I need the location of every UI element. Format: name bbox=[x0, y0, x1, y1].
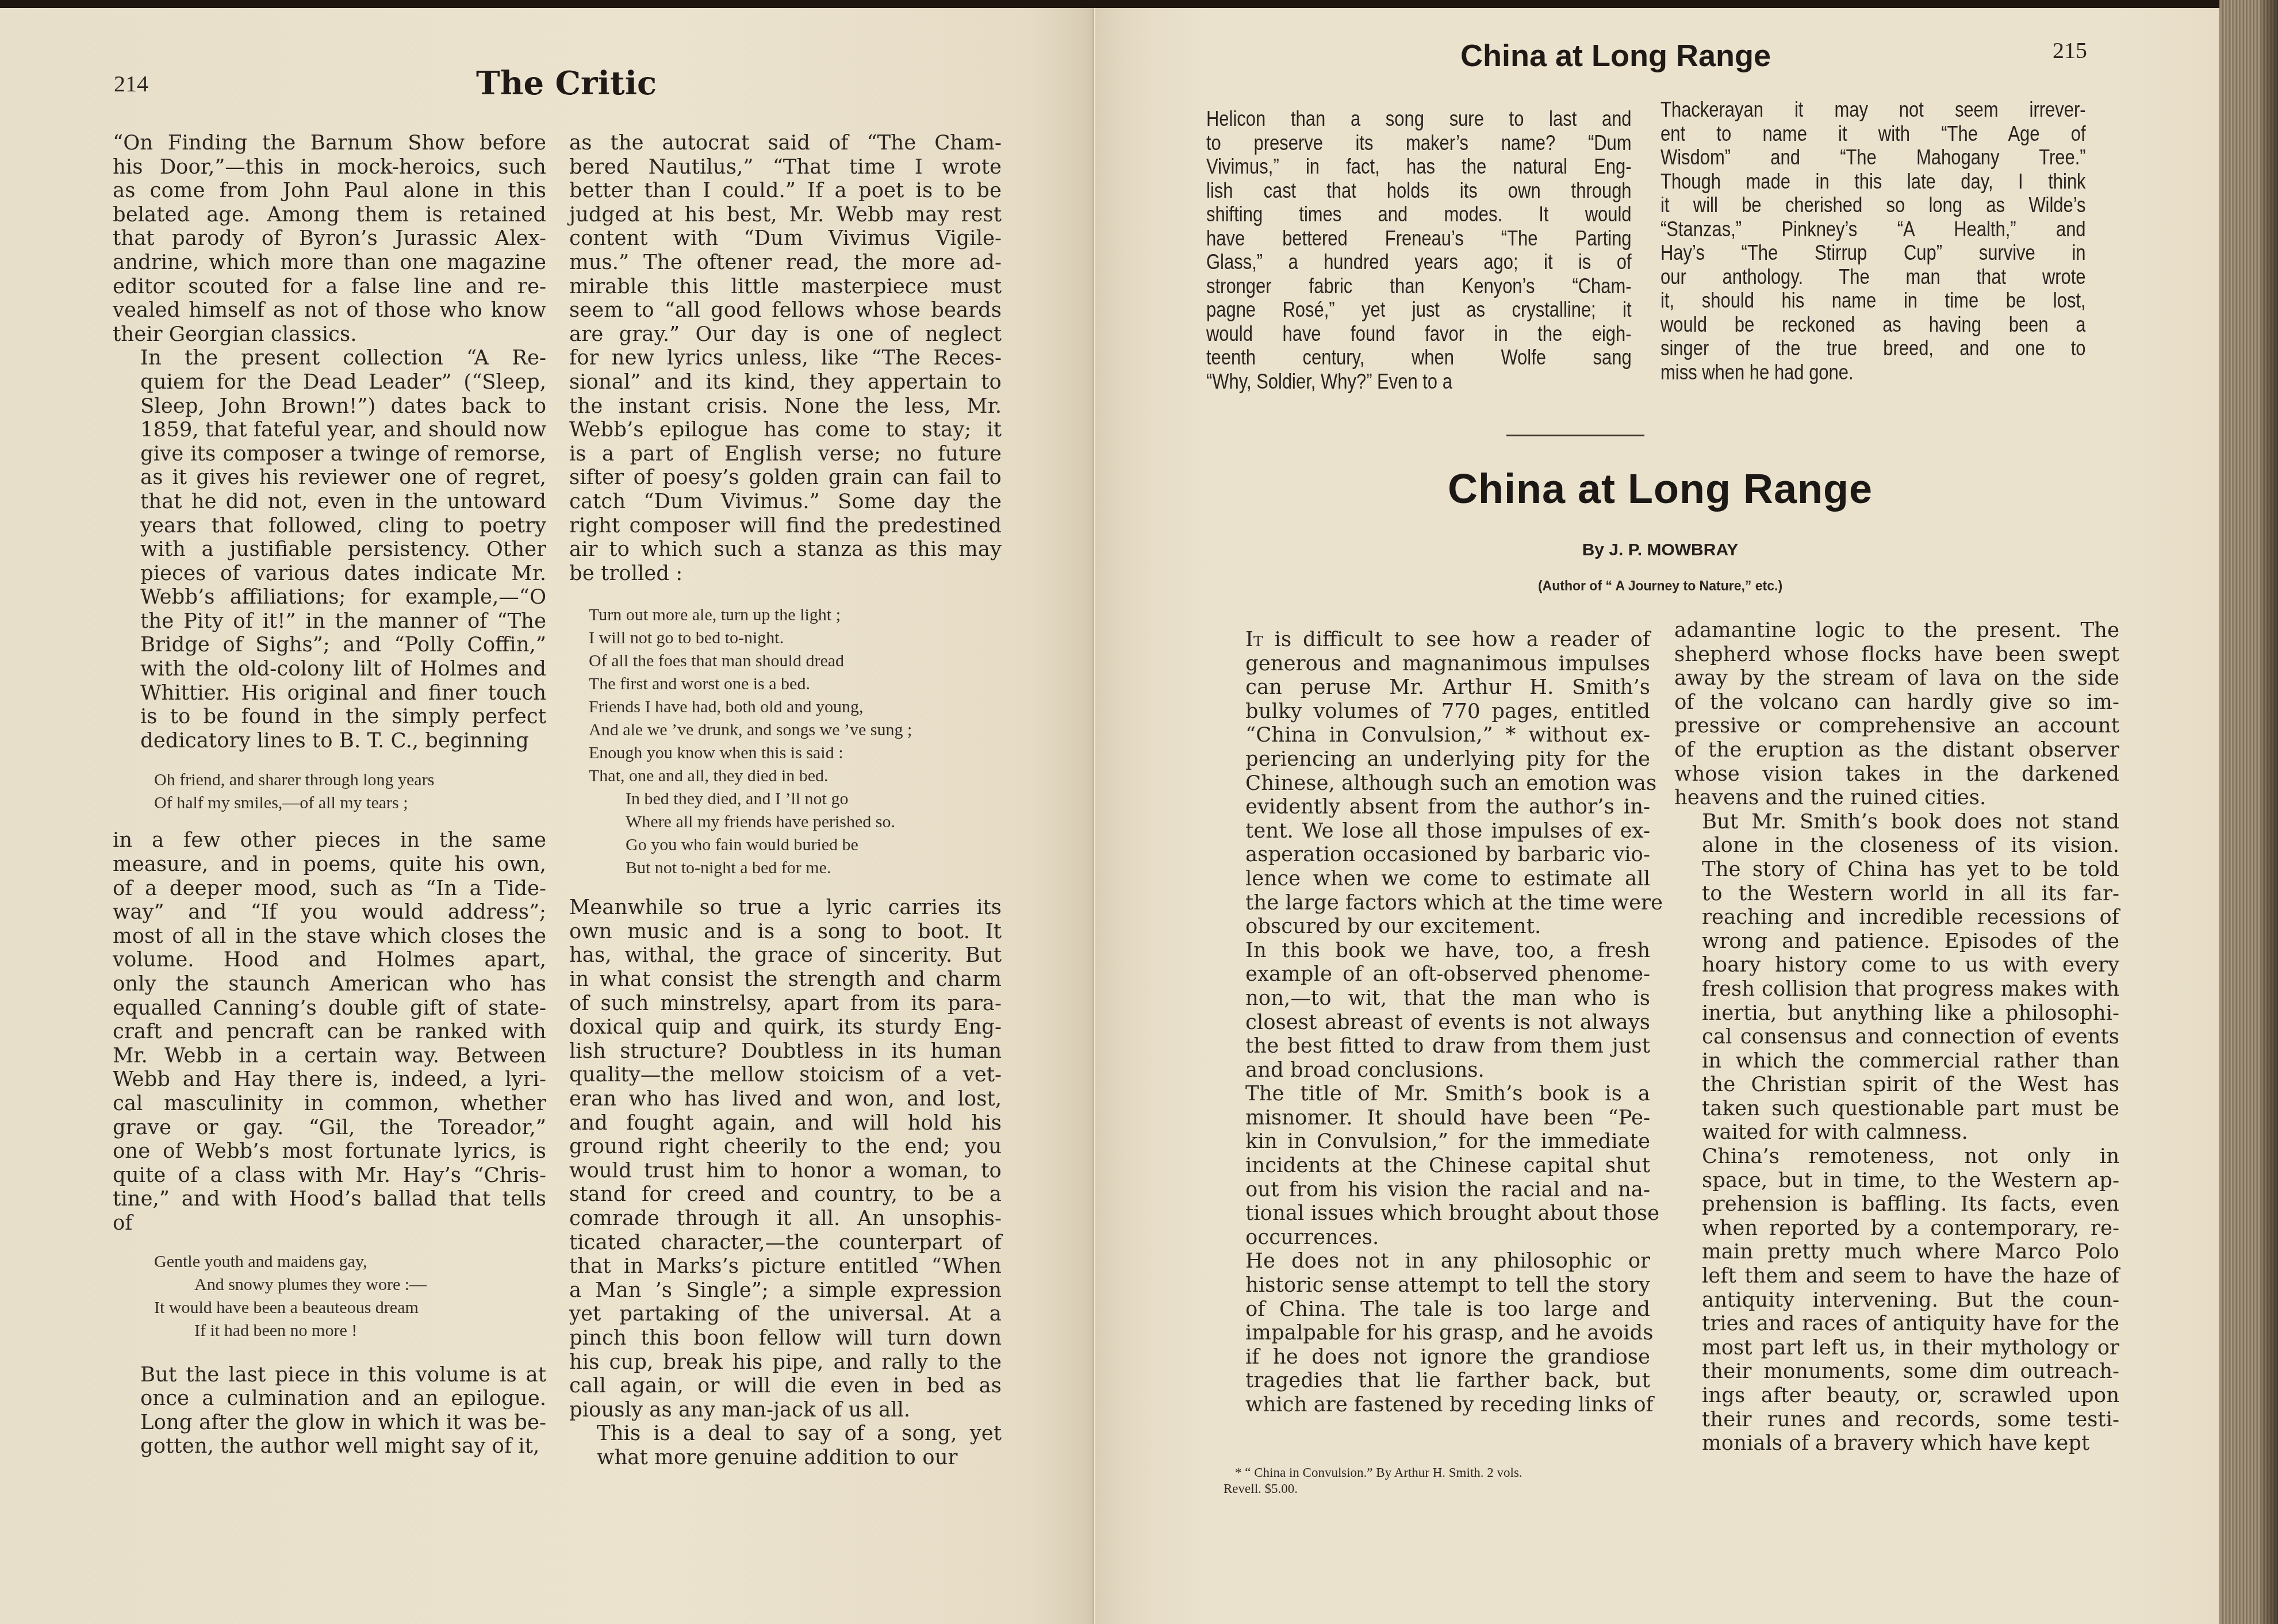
text-line: would have found favor in the eigh- bbox=[1206, 322, 1632, 346]
text-line: monials of a bravery which have kept bbox=[1674, 1431, 2119, 1456]
text-line: fresh collision that progress makes with bbox=[1674, 977, 2119, 1001]
text-line: non,—to wit, that the man who is bbox=[1218, 986, 1650, 1011]
text-line: But Mr. Smith’s book does not stand bbox=[1674, 810, 2119, 834]
text-line: it will be cherished so long as Wilde’s bbox=[1660, 193, 2086, 217]
text-line: wrong and patience. Episodes of the bbox=[1674, 930, 2119, 954]
text-line: quiem for the Dead Leader” (“Sleep, bbox=[113, 370, 546, 394]
text-line: The title of Mr. Smith’s book is a bbox=[1218, 1082, 1650, 1106]
continued-column-2: Thackerayan it may not seem irrever-ent … bbox=[1660, 98, 2086, 384]
text-line: heavens and the ruined cities. bbox=[1674, 786, 2119, 810]
text-line: tent. We lose all those impulses of ex- bbox=[1218, 819, 1650, 843]
text-line: pinch this boon fellow will turn down bbox=[569, 1326, 1002, 1350]
text-line: once a culmination and an epilogue. bbox=[113, 1387, 546, 1411]
text-line: air to which such a stanza as this may bbox=[569, 538, 1002, 562]
text-line: bulky volumes of 770 pages, entitled bbox=[1218, 700, 1650, 724]
text-line: would be reckoned as having been a bbox=[1660, 313, 2086, 337]
text-line: Mr. Webb in a certain way. Between bbox=[113, 1044, 546, 1068]
verse-line: The first and worst one is a bed. bbox=[589, 673, 1002, 696]
text-line: piously as any man-jack of us all. bbox=[569, 1398, 1002, 1422]
text-line: antiquity intervening. But the coun- bbox=[1674, 1288, 2119, 1312]
verse-line: Of all the foes that man should dread bbox=[589, 650, 1002, 673]
article-column-2: adamantine logic to the present. Theshep… bbox=[1674, 619, 2119, 1456]
text-line: way” and “If you would address”; bbox=[113, 900, 546, 924]
text-line: incidents at the Chinese capital shut bbox=[1218, 1154, 1650, 1178]
paragraph-lead: It is difficult to see how a reader ofge… bbox=[1218, 628, 1650, 939]
text-line: craft and pencraft can be ranked with bbox=[113, 1020, 546, 1044]
text-line: Long after the glow in which it was be- bbox=[113, 1411, 546, 1435]
left-column-1: “On Finding the Barnum Show beforehis Do… bbox=[113, 131, 546, 1458]
text-line: ground right cheerily to the end; you bbox=[569, 1135, 1002, 1159]
footnote: * “ China in Convulsion.” By Arthur H. S… bbox=[1224, 1465, 1660, 1497]
text-line: This is a deal to say of a song, yet bbox=[569, 1422, 1002, 1446]
text-line: and fought again, and will hold his bbox=[569, 1111, 1002, 1135]
text-line: are gray.” Our day is one of neglect bbox=[569, 323, 1002, 347]
book-top-edge bbox=[0, 0, 2278, 8]
text-line: lish structure? Doubtless in its human bbox=[569, 1039, 1002, 1064]
text-line: ings after beauty, or, scrawled upon bbox=[1674, 1384, 2119, 1408]
text-line: pagne Rosé,” yet just as crystalline; it bbox=[1206, 298, 1632, 322]
text-line: his cup, break his pipe, and rally to th… bbox=[569, 1350, 1002, 1375]
text-line: tional issues which brought about those bbox=[1218, 1201, 1650, 1226]
text-line: which are fastened by receding links of bbox=[1218, 1393, 1650, 1417]
text-line: one of Webb’s most fortunate lyrics, is bbox=[113, 1139, 546, 1164]
text-line: Hay’s “The Stirrup Cup” survive in bbox=[1660, 241, 2086, 265]
text-line: eran who has lived and won, and lost, bbox=[569, 1087, 1002, 1111]
text-line: years that followed, cling to poetry bbox=[113, 514, 546, 538]
text-line: “China in Convulsion,” * without ex- bbox=[1218, 723, 1650, 747]
text-line: of a deeper mood, such as “In a Tide- bbox=[113, 877, 546, 901]
text-line: would trust him to honor a woman, to bbox=[569, 1159, 1002, 1183]
running-head-right: China at Long Range bbox=[1460, 38, 1771, 74]
text-line: is to be found in the simply perfect bbox=[113, 705, 546, 729]
text-line: judged at his best, Mr. Webb may rest bbox=[569, 203, 1002, 227]
text-line: 1859, that fateful year, and should now bbox=[113, 418, 546, 442]
text-line: “Why, Soldier, Why?” Even to a bbox=[1206, 370, 1632, 394]
drop-cap: It bbox=[1245, 628, 1275, 651]
paragraph: as the autocrat said of “The Cham-bered … bbox=[569, 131, 1002, 585]
text-line: is a part of English verse; no future bbox=[569, 442, 1002, 466]
text-line: Meanwhile so true a lyric carries its bbox=[569, 896, 1002, 920]
verse-line: It would have been a beauteous dream bbox=[154, 1296, 546, 1319]
text-line: ticated character,—the counterpart of bbox=[569, 1231, 1002, 1255]
paragraph: The title of Mr. Smith’s book is amisnom… bbox=[1218, 1082, 1650, 1249]
text-line: Chinese, although such an emotion was bbox=[1218, 771, 1650, 796]
verse-line: And snowy plumes they wore :— bbox=[154, 1273, 546, 1296]
text-line: as the autocrat said of “The Cham- bbox=[569, 131, 1002, 155]
text-line: own music and is a song to boot. It bbox=[569, 920, 1002, 944]
verse-line: But not to-night a bed for me. bbox=[589, 857, 1002, 880]
text-line: away by the stream of lava on the side bbox=[1674, 666, 2119, 690]
text-line: Whittier. His original and finer touch bbox=[113, 681, 546, 705]
text-line: comrade through it all. An unsophis- bbox=[569, 1207, 1002, 1231]
text-line: the Pity of it!” in the manner of “The bbox=[113, 609, 546, 634]
text-line: waited for with calmness. bbox=[1674, 1120, 2119, 1145]
text-line: In this book we have, too, a fresh bbox=[1218, 939, 1650, 963]
text-line: out from his vision the racial and na- bbox=[1218, 1178, 1650, 1202]
text-line: belated age. Among them is retained bbox=[113, 203, 546, 227]
paragraph: “On Finding the Barnum Show beforehis Do… bbox=[113, 131, 546, 346]
verse-line: Friends I have had, both old and young, bbox=[589, 696, 1002, 719]
text-line: cal consensus and connection of events bbox=[1674, 1025, 2119, 1049]
text-line: the large factors which at the time were bbox=[1218, 891, 1650, 915]
text-line: whose vision takes in the darkened bbox=[1674, 762, 2119, 786]
text-line: his Door,”—this in mock-heroics, such bbox=[113, 155, 546, 179]
paragraph: in a few other pieces in the samemeasure… bbox=[113, 828, 546, 1235]
text-line: editor scouted for a false line and re- bbox=[113, 275, 546, 299]
text-line: most part left us, in their mythology or bbox=[1674, 1336, 2119, 1360]
text-line: bered Nautilus,” “That time I wrote bbox=[569, 155, 1002, 179]
text-line: of China. The tale is too large and bbox=[1218, 1297, 1650, 1322]
text-line: prehension is baffling. Its facts, even bbox=[1674, 1192, 2119, 1216]
text-line: give its composer a twinge of remorse, bbox=[113, 442, 546, 466]
text-line: andrine, which more than one magazine bbox=[113, 251, 546, 275]
text-line: that he did not, even in the untoward bbox=[113, 490, 546, 514]
text-line: kin in Convulsion,” for the immediate bbox=[1218, 1130, 1650, 1154]
paragraph: He does not in any philosophic orhistori… bbox=[1218, 1249, 1650, 1416]
verse-line: Gentle youth and maidens gay, bbox=[154, 1250, 546, 1273]
text-line: mus.” The oftener read, the more ad- bbox=[569, 251, 1002, 275]
verse-line: Of half my smiles,—of all my tears ; bbox=[154, 792, 546, 815]
verse-line: Where all my friends have perished so. bbox=[589, 811, 1002, 834]
text-line: shifting times and modes. It would bbox=[1206, 202, 1632, 226]
text-line: that parody of Byron’s Jurassic Alex- bbox=[113, 226, 546, 251]
text-line: vealed himself as not of those who know bbox=[113, 298, 546, 323]
text-line: quality—the mellow stoicism of a vet- bbox=[569, 1063, 1002, 1087]
text-line: misnomer. It should have been “Pe- bbox=[1218, 1106, 1650, 1130]
continued-column-1: Helicon than a song sure to last andto p… bbox=[1206, 107, 1632, 393]
text-line: Thackerayan it may not seem irrever- bbox=[1660, 98, 2086, 122]
paragraph: Meanwhile so true a lyric carries itsown… bbox=[569, 896, 1002, 1422]
text-line: as come from John Paul alone in this bbox=[113, 179, 546, 203]
text-line: in what consist the strength and charm bbox=[569, 968, 1002, 992]
text-line: of such minstrelsy, apart from its para- bbox=[569, 992, 1002, 1016]
text-line: He does not in any philosophic or bbox=[1218, 1249, 1650, 1273]
text-line: miss when he had gone. bbox=[1660, 360, 2086, 385]
text-line: in a few other pieces in the same bbox=[113, 828, 546, 853]
text-line: doxical quip and quirk, its sturdy Eng- bbox=[569, 1015, 1002, 1039]
text-line: dedicatory lines to B. T. C., beginning bbox=[113, 729, 546, 753]
text-line: It is difficult to see how a reader of bbox=[1218, 628, 1650, 652]
text-line: impalpable for his grasp, and he avoids bbox=[1218, 1321, 1650, 1345]
text-line: when reported by a contemporary, re- bbox=[1674, 1216, 2119, 1241]
text-line: stronger fabric than Kenyon’s “Cham- bbox=[1206, 274, 1632, 298]
text-line: measure, and in poems, quite his own, bbox=[113, 853, 546, 877]
text-line: the Christian spirit of the West has bbox=[1674, 1073, 2119, 1097]
text-line: main pretty much where Marco Polo bbox=[1674, 1240, 2119, 1264]
text-line: pieces of various dates indicate Mr. bbox=[113, 562, 546, 586]
text-line: as it gives his reviewer one of regret, bbox=[113, 466, 546, 490]
text-line: with a justifiable persistency. Other bbox=[113, 538, 546, 562]
paragraph: In the present collection “A Re-quiem fo… bbox=[113, 346, 546, 753]
text-line: Bridge of Sighs”; and “Polly Coffin,” bbox=[113, 633, 546, 657]
verse-line: That, one and all, they died in bed. bbox=[589, 765, 1002, 788]
text-line: ent to name it with “The Age of bbox=[1660, 122, 2086, 146]
text-line: and broad conclusions. bbox=[1218, 1058, 1650, 1082]
text-line: if he does not ignore the grandiose bbox=[1218, 1345, 1650, 1369]
footnote-line: Revell. $5.00. bbox=[1224, 1481, 1660, 1497]
text-line: seem to “all good fellows whose beards bbox=[569, 298, 1002, 323]
text-line: to the Western world in all its far- bbox=[1674, 882, 2119, 906]
paragraph: adamantine logic to the present. Theshep… bbox=[1674, 619, 2119, 810]
text-line: left them and seem to have the haze of bbox=[1674, 1264, 2119, 1288]
text-line: taken such questionable part must be bbox=[1674, 1097, 2119, 1121]
text-line: Helicon than a song sure to last and bbox=[1206, 107, 1632, 131]
verse-line: Go you who fain would buried be bbox=[589, 834, 1002, 857]
text-line: catch “Dum Vivimus.” Some day the bbox=[569, 490, 1002, 514]
left-column-2: as the autocrat said of “The Cham-bered … bbox=[569, 131, 1002, 1470]
text-line: quite of a class with Mr. Hay’s “Chris- bbox=[113, 1164, 546, 1188]
verse-block: Gentle youth and maidens gay,And snowy p… bbox=[154, 1250, 546, 1342]
paragraph: But the last piece in this volume is ato… bbox=[113, 1363, 546, 1458]
text-line: example of an oft-observed phenome- bbox=[1218, 962, 1650, 986]
text-line: China’s remoteness, not only in bbox=[1674, 1145, 2119, 1169]
page-number-left: 214 bbox=[114, 70, 148, 97]
text-line: a Man ’s Single”; a simple expression bbox=[569, 1279, 1002, 1303]
text-line: Wisdom” and “The Mahogany Tree.” bbox=[1660, 145, 2086, 170]
text-line: to preserve its maker’s name? “Dum bbox=[1206, 131, 1632, 155]
text-line: their Georgian classics. bbox=[113, 323, 546, 347]
text-line: the best fitted to draw from them just bbox=[1218, 1034, 1650, 1058]
text-line: volume. Hood and Holmes apart, bbox=[113, 948, 546, 972]
text-line: The story of China has yet to be told bbox=[1674, 858, 2119, 882]
text-line: right composer will find the predestined bbox=[569, 514, 1002, 538]
text-line: periencing an underlying pity for the bbox=[1218, 747, 1650, 771]
article-title: China at Long Range bbox=[1095, 466, 2225, 513]
verse-line: If it had been no more ! bbox=[154, 1319, 546, 1342]
text-line: of the eruption as the distant observer bbox=[1674, 738, 2119, 762]
text-line: can peruse Mr. Arthur H. Smith’s bbox=[1218, 675, 1650, 700]
text-line: “Stanzas,” Pinkney’s “A Health,” and bbox=[1660, 217, 2086, 241]
paragraph: Thackerayan it may not seem irrever-ent … bbox=[1660, 98, 2086, 384]
text-line: In the present collection “A Re- bbox=[113, 346, 546, 370]
text-line: has, withal, the grace of sincerity. But bbox=[569, 943, 1002, 968]
text-line: Webb’s epilogue has come to stay; it bbox=[569, 418, 1002, 442]
text-line: sifter of poesy’s golden grain can fail … bbox=[569, 466, 1002, 490]
text-line: alone in the closeness of its vision. bbox=[1674, 834, 2119, 858]
text-line: Webb and Hay there is, indeed, a lyri- bbox=[113, 1068, 546, 1092]
text-line: for new lyrics unless, like “The Reces- bbox=[569, 346, 1002, 370]
article-byline: By J. P. MOWBRAY bbox=[1095, 540, 2225, 560]
article-column-1: It is difficult to see how a reader ofge… bbox=[1218, 628, 1650, 1417]
text-line: teenth century, when Wolfe sang bbox=[1206, 345, 1632, 370]
text-line: Vivimus,” in fact, has the natural Eng- bbox=[1206, 155, 1632, 179]
running-head-left: The Critic bbox=[476, 64, 657, 102]
text-line: grave or gay. “Gil, the Toreador,” bbox=[113, 1116, 546, 1140]
text-line: But the last piece in this volume is at bbox=[113, 1363, 546, 1387]
text-line: yet partaking of the universal. At a bbox=[569, 1302, 1002, 1326]
text-line: their runes and records, some testi- bbox=[1674, 1408, 2119, 1432]
text-line: “On Finding the Barnum Show before bbox=[113, 131, 546, 155]
text-line: Though made in this late day, I think bbox=[1660, 170, 2086, 194]
verse-block: Turn out more ale, turn up the light ;I … bbox=[589, 604, 1002, 880]
text-line: that in Marks’s picture entitled “When bbox=[569, 1254, 1002, 1279]
text-line: historic sense attempt to tell the story bbox=[1218, 1273, 1650, 1297]
text-line: generous and magnanimous impulses bbox=[1218, 652, 1650, 676]
text-line: only the staunch American who has bbox=[113, 972, 546, 996]
text-line: better than I could.” If a poet is to be bbox=[569, 179, 1002, 203]
verse-line: Turn out more ale, turn up the light ; bbox=[589, 604, 1002, 627]
text-line: in which the commercial rather than bbox=[1674, 1049, 2119, 1073]
text-line: content with “Dum Vivimus Vigile- bbox=[569, 226, 1002, 251]
text-line: Webb’s affiliations; for example,—“O bbox=[113, 585, 546, 609]
paragraph: In this book we have, too, a freshexampl… bbox=[1218, 939, 1650, 1082]
text-line: pressive or comprehensive an account bbox=[1674, 714, 2119, 738]
text-line: singer of the true breed, and one to bbox=[1660, 336, 2086, 360]
text-line: be trolled : bbox=[569, 562, 1002, 586]
text-line: gotten, the author well might say of it, bbox=[113, 1434, 546, 1458]
verse-line: And ale we ’ve drunk, and songs we ’ve s… bbox=[589, 719, 1002, 742]
text-line: with the old-colony lilt of Holmes and bbox=[113, 657, 546, 681]
text-line: obscured by our excitement. bbox=[1218, 915, 1650, 939]
page-number-right: 215 bbox=[2053, 37, 2087, 64]
text-line: tragedies that lie farther back, but bbox=[1218, 1369, 1650, 1393]
text-line: hoary history come to us with every bbox=[1674, 953, 2119, 977]
text-line: sional” and its kind, they appertain to bbox=[569, 370, 1002, 394]
verse-line: Oh friend, and sharer through long years bbox=[154, 769, 546, 792]
text-line: Glass,” a hundred years ago; it is of bbox=[1206, 250, 1632, 274]
text-line: evidently absent from the author’s in- bbox=[1218, 795, 1650, 819]
text-line: their monuments, some dim outreach- bbox=[1674, 1360, 2119, 1384]
text-line: reaching and incredible recessions of bbox=[1674, 905, 2119, 930]
text-line: of the volcano can hardly give so im- bbox=[1674, 690, 2119, 715]
text-line: occurrences. bbox=[1218, 1226, 1650, 1250]
text-line: Sleep, John Brown!”) dates back to bbox=[113, 394, 546, 419]
text-line: the instant crisis. None the less, Mr. bbox=[569, 394, 1002, 419]
verse-line: Enough you know when this is said : bbox=[589, 742, 1002, 765]
paragraph: This is a deal to say of a song, yetwhat… bbox=[569, 1422, 1002, 1469]
text-line: it, should his name in time be lost, bbox=[1660, 289, 2086, 313]
text-line: tine,” and with Hood’s ballad that tells bbox=[113, 1187, 546, 1211]
text-line: have bettered Freneau’s “The Parting bbox=[1206, 226, 1632, 251]
paragraph: But Mr. Smith’s book does not standalone… bbox=[1674, 810, 2119, 1145]
paragraph: Helicon than a song sure to last andto p… bbox=[1206, 107, 1632, 393]
verse-line: I will not go to bed to-night. bbox=[589, 627, 1002, 650]
text-line: equalled Canning’s double gift of state- bbox=[113, 996, 546, 1020]
text-line: closest abreast of events is not always bbox=[1218, 1011, 1650, 1035]
text-line: mirable this little masterpiece must bbox=[569, 275, 1002, 299]
text-line: space, but in time, to the Western ap- bbox=[1674, 1169, 2119, 1193]
text-line: tries and races of antiquity have for th… bbox=[1674, 1312, 2119, 1336]
text-line: most of all in the stave which closes th… bbox=[113, 924, 546, 949]
verse-block: Oh friend, and sharer through long years… bbox=[154, 769, 546, 815]
text-line: stand for creed and country, to be a bbox=[569, 1183, 1002, 1207]
footnote-line: * “ China in Convulsion.” By Arthur H. S… bbox=[1224, 1465, 1660, 1481]
text-line: inertia, but anything like a philosophi- bbox=[1674, 1001, 2119, 1026]
verse-line: In bed they died, and I ’ll not go bbox=[589, 788, 1002, 811]
page-edges bbox=[2219, 0, 2278, 1624]
text-line: of bbox=[113, 1211, 546, 1235]
author-note: (Author of “ A Journey to Nature,” etc.) bbox=[1095, 578, 2225, 594]
text-line: what more genuine addition to our bbox=[569, 1446, 1002, 1470]
text-line: lence when we come to estimate all bbox=[1218, 867, 1650, 891]
text-line: asperation occasioned by barbaric vio- bbox=[1218, 843, 1650, 867]
text-line: cal masculinity in common, whether bbox=[113, 1092, 546, 1116]
section-divider bbox=[1506, 435, 1644, 436]
paragraph: China’s remoteness, not only inspace, bu… bbox=[1674, 1145, 2119, 1456]
text-line: our anthology. The man that wrote bbox=[1660, 265, 2086, 289]
text-line: lish cast that holds its own through bbox=[1206, 179, 1632, 203]
text-line: call again, or will die even in bed as bbox=[569, 1374, 1002, 1398]
text-line: adamantine logic to the present. The bbox=[1674, 619, 2119, 643]
text-line: shepherd whose flocks have been swept bbox=[1674, 643, 2119, 667]
